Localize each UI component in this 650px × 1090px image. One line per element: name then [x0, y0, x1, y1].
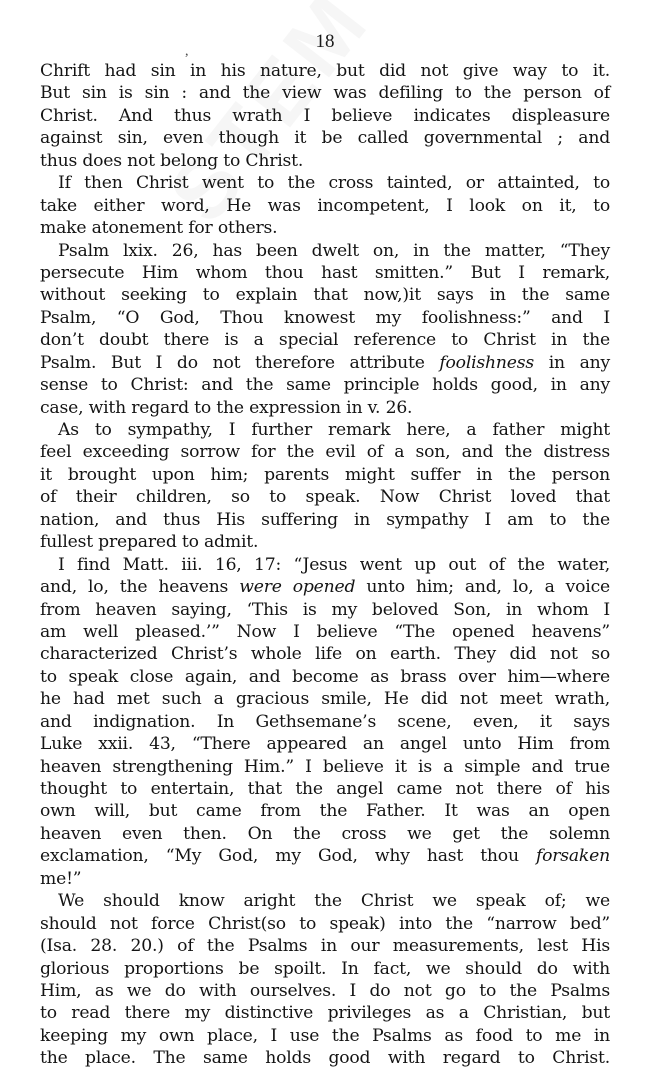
text-line: to read there my distinctive privileges … — [40, 1002, 610, 1024]
emphasis: forsaken — [536, 846, 610, 866]
page-number: 18 — [0, 31, 650, 53]
text-line: heaven even then. On the cross we get th… — [40, 823, 610, 845]
text-line: If then Christ went to the cross tainted… — [40, 172, 610, 194]
emphasis: were opened — [239, 577, 355, 597]
text-line: heaven strengthening Him.” I believe it … — [40, 756, 610, 778]
text-line: persecute Him whom thou hast smitten.” B… — [40, 262, 610, 284]
text-line: Psalm, “O God, Thou knowest my foolishne… — [40, 307, 610, 329]
text-line: me!” — [40, 868, 610, 890]
text-line: I find Matt. iii. 16, 17: “Jesus went up… — [40, 554, 610, 576]
text-line: characterized Christ’s whole life on ear… — [40, 643, 610, 665]
text-line: sense to Christ: and the same principle … — [40, 374, 610, 396]
text-line: We should know aright the Christ we spea… — [40, 890, 610, 912]
text-line: make atonement for others. — [40, 217, 610, 239]
text-line: case, with regard to the expression in v… — [40, 397, 610, 419]
text-line: glorious proportions be spoilt. In fact,… — [40, 958, 610, 980]
text-line: thus does not belong to Christ. — [40, 150, 610, 172]
text-line: to speak close again, and become as bras… — [40, 666, 610, 688]
text-line: and, lo, the heavens were opened unto hi… — [40, 576, 610, 598]
text-line: nation, and thus His suffering in sympat… — [40, 509, 610, 531]
text-line: Luke xxii. 43, “There appeared an angel … — [40, 733, 610, 755]
text-line: Chrift had sin in his nature, but did no… — [40, 60, 610, 82]
text-line: Psalm. But I do not therefore attribute … — [40, 352, 610, 374]
text-line: it brought upon him; parents might suffe… — [40, 464, 610, 486]
text-line: of their children, so to speak. Now Chri… — [40, 486, 610, 508]
text-line: take either word, He was incompetent, I … — [40, 195, 610, 217]
text-line: But sin is sin : and the view was defili… — [40, 82, 610, 104]
text-line: (Isa. 28. 20.) of the Psalms in our meas… — [40, 935, 610, 957]
stray-mark: , — [185, 44, 189, 60]
text-line: Him, as we do with ourselves. I do not g… — [40, 980, 610, 1002]
document-page: STEM Publishing 18 , Chrift had sin in h… — [0, 0, 650, 1090]
emphasis: foolishness — [439, 353, 534, 373]
text-line: As to sympathy, I further remark here, a… — [40, 419, 610, 441]
text-line: thought to entertain, that the angel cam… — [40, 778, 610, 800]
text-line: fullest prepared to admit. — [40, 531, 610, 553]
text-line: don’t doubt there is a special reference… — [40, 329, 610, 351]
text-line: feel exceeding sorrow for the evil of a … — [40, 441, 610, 463]
text-line: own will, but came from the Father. It w… — [40, 800, 610, 822]
text-line: and indignation. In Gethsemane’s scene, … — [40, 711, 610, 733]
text-line: should not force Christ(so to speak) int… — [40, 913, 610, 935]
text-line: Psalm lxix. 26, has been dwelt on, in th… — [40, 240, 610, 262]
text-line: from heaven saying, ‘This is my beloved … — [40, 599, 610, 621]
text-line: against sin, even though it be called go… — [40, 127, 610, 149]
text-line: Christ. And thus wrath I believe indicat… — [40, 105, 610, 127]
text-line: he had met such a gracious smile, He did… — [40, 688, 610, 710]
text-line: the place. The same holds good with rega… — [40, 1047, 610, 1069]
body-text: Chrift had sin in his nature, but did no… — [40, 60, 610, 1070]
text-line: am well pleased.’” Now I believe “The op… — [40, 621, 610, 643]
text-line: without seeking to explain that now,)it … — [40, 284, 610, 306]
text-line: keeping my own place, I use the Psalms a… — [40, 1025, 610, 1047]
text-line: exclamation, “My God, my God, why hast t… — [40, 845, 610, 867]
